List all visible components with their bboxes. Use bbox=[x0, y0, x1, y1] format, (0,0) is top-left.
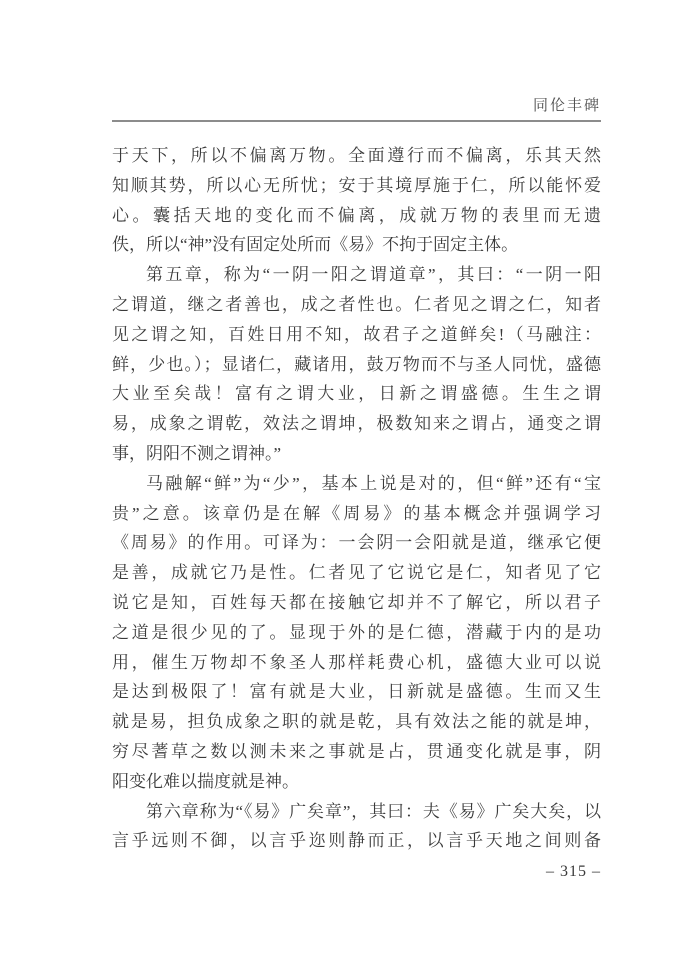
running-header: 同伦丰碑 bbox=[112, 97, 601, 116]
header-rule bbox=[112, 120, 601, 122]
text-line: 是善，成就它乃是性。仁者见了它说它是仁，知者见了它 bbox=[112, 558, 601, 588]
text-line: 之谓道，继之者善也，成之者性也。仁者见之谓之仁，知者 bbox=[112, 290, 601, 320]
text-line: 第五章，称为“一阴一阳之谓道章”，其曰：“一阴一阳 bbox=[112, 260, 601, 290]
page-number: – 315 – bbox=[112, 862, 601, 882]
text-line: 佚，所以“神”没有固定处所而《易》不拘于固定主体。 bbox=[112, 230, 601, 260]
text-line: 说它是知，百姓每天都在接触它却并不了解它，所以君子 bbox=[112, 588, 601, 618]
text-line: 见之谓之知，百姓日用不知，故君子之道鲜矣!（马融注： bbox=[112, 320, 601, 350]
paragraph: 第五章，称为“一阴一阳之谓道章”，其曰：“一阴一阳之谓道，继之者善也，成之者性也… bbox=[112, 260, 601, 469]
text-line: 就是易，担负成象之职的就是乾，具有效法之能的就是坤， bbox=[112, 707, 601, 737]
text-line: 贵”之意。该章仍是在解《周易》的基本概念并强调学习 bbox=[112, 499, 601, 529]
text-line: 之道是很少见的了。显现于外的是仁德，潜藏于内的是功 bbox=[112, 618, 601, 648]
paragraph: 于天下，所以不偏离万物。全面遵行而不偏离，乐其天然知顺其势，所以心无所忧；安于其… bbox=[112, 141, 601, 260]
text-line: 知顺其势，所以心无所忧；安于其境厚施于仁，所以能怀爱 bbox=[112, 171, 601, 201]
text-line: 第六章称为“《易》广矣章”，其曰：夫《易》广矣大矣，以 bbox=[112, 797, 601, 827]
body-text: 于天下，所以不偏离万物。全面遵行而不偏离，乐其天然知顺其势，所以心无所忧；安于其… bbox=[112, 141, 601, 856]
text-line: 鲜，少也。）；显诸仁，藏诸用，鼓万物而不与圣人同忧，盛德 bbox=[112, 350, 601, 380]
text-line: 《周易》的作用。可译为：一会阴一会阳就是道，继承它便 bbox=[112, 528, 601, 558]
book-page: 同伦丰碑 于天下，所以不偏离万物。全面遵行而不偏离，乐其天然知顺其势，所以心无所… bbox=[0, 0, 692, 968]
paragraph: 马融解“鲜”为“少”，基本上说是对的，但“鲜”还有“宝贵”之意。该章仍是在解《周… bbox=[112, 469, 601, 797]
text-line: 心。囊括天地的变化而不偏离，成就万物的表里而无遗 bbox=[112, 201, 601, 231]
text-line: 于天下，所以不偏离万物。全面遵行而不偏离，乐其天然 bbox=[112, 141, 601, 171]
text-line: 阳变化难以揣度就是神。 bbox=[112, 767, 601, 797]
text-line: 易，成象之谓乾，效法之谓坤，极数知来之谓占，通变之谓 bbox=[112, 409, 601, 439]
text-line: 马融解“鲜”为“少”，基本上说是对的，但“鲜”还有“宝 bbox=[112, 469, 601, 499]
page-content: 同伦丰碑 于天下，所以不偏离万物。全面遵行而不偏离，乐其天然知顺其势，所以心无所… bbox=[112, 0, 601, 882]
text-line: 大业至矣哉！富有之谓大业，日新之谓盛德。生生之谓 bbox=[112, 379, 601, 409]
paragraph: 第六章称为“《易》广矣章”，其曰：夫《易》广矣大矣，以言乎远则不御，以言乎迩则静… bbox=[112, 797, 601, 857]
text-line: 是达到极限了！富有就是大业，日新就是盛德。生而又生 bbox=[112, 677, 601, 707]
text-line: 事，阴阳不测之谓神。” bbox=[112, 439, 601, 469]
text-line: 穷尽蓍草之数以测未来之事就是占，贯通变化就是事，阴 bbox=[112, 737, 601, 767]
text-line: 言乎远则不御，以言乎迩则静而正，以言乎天地之间则备 bbox=[112, 826, 601, 856]
text-line: 用，催生万物却不象圣人那样耗费心机，盛德大业可以说 bbox=[112, 648, 601, 678]
